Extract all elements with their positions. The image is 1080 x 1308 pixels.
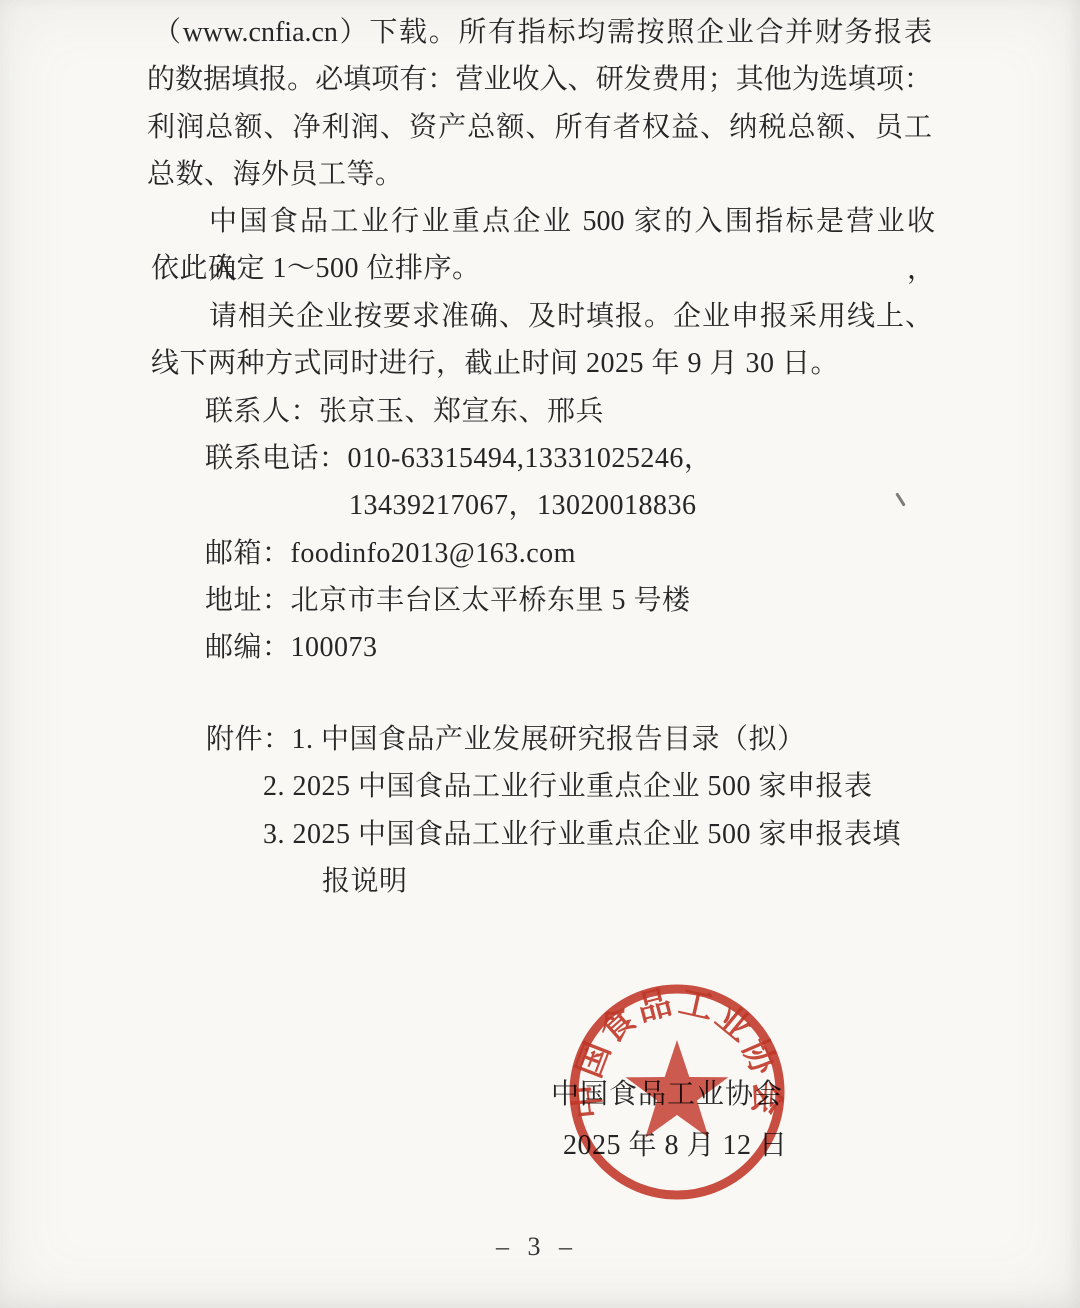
star-icon	[626, 1040, 729, 1138]
attachment-item-1: 附件：1. 中国食品产业发展研究报告目录（拟）	[206, 716, 806, 764]
contact-postcode-line: 邮编：100073	[205, 624, 378, 672]
attachment-item-2: 2. 2025 中国食品工业行业重点企业 500 家申报表	[263, 763, 873, 811]
body-line-ranking-criteria: 中国食品工业行业重点企业 500 家的入围指标是营业收入，	[209, 198, 935, 246]
contact-phone-line-2: 13439217067，13020018836	[349, 482, 697, 530]
body-line-optional-fields-end: 总数、海外员工等。	[147, 151, 404, 199]
scanned-letter-page: （www.cnfia.cn）下载。所有指标均需按照企业合并财务报表 的数据填报。…	[0, 0, 1080, 1308]
attachment-item-3-continued: 报说明	[322, 858, 408, 906]
attachment-item-3: 3. 2025 中国食品工业行业重点企业 500 家申报表填	[263, 811, 931, 859]
contact-person-line: 联系人：张京玉、郑宣东、邢兵	[205, 388, 604, 436]
contact-email-line: 邮箱：foodinfo2013@163.com	[205, 530, 576, 578]
body-line-submission-deadline: 线下两种方式同时进行，截止时间 2025 年 9 月 30 日。	[151, 340, 839, 388]
body-line-required-fields: 的数据填报。必填项有：营业收入、研发费用；其他为选填项：	[147, 56, 932, 104]
body-line-optional-fields: 利润总额、净利润、资产总额、所有者权益、纳税总额、员工	[147, 104, 932, 152]
contact-address-line: 地址：北京市丰台区太平桥东里 5 号楼	[205, 577, 691, 625]
contact-phone-line: 联系电话：010-63315494,13331025246，	[205, 435, 712, 483]
body-line-submission-notice: 请相关企业按要求准确、及时填报。企业申报采用线上、	[209, 293, 933, 341]
body-line-website-download: （www.cnfia.cn）下载。所有指标均需按照企业合并财务报表	[153, 9, 932, 57]
page-number: – 3 –	[0, 1232, 1077, 1262]
body-line-ranking-order: 依此确定 1～500 位排序。	[151, 245, 481, 293]
scan-artifact-mark	[895, 492, 905, 506]
official-seal: 中国食品工业协会	[566, 981, 788, 1203]
